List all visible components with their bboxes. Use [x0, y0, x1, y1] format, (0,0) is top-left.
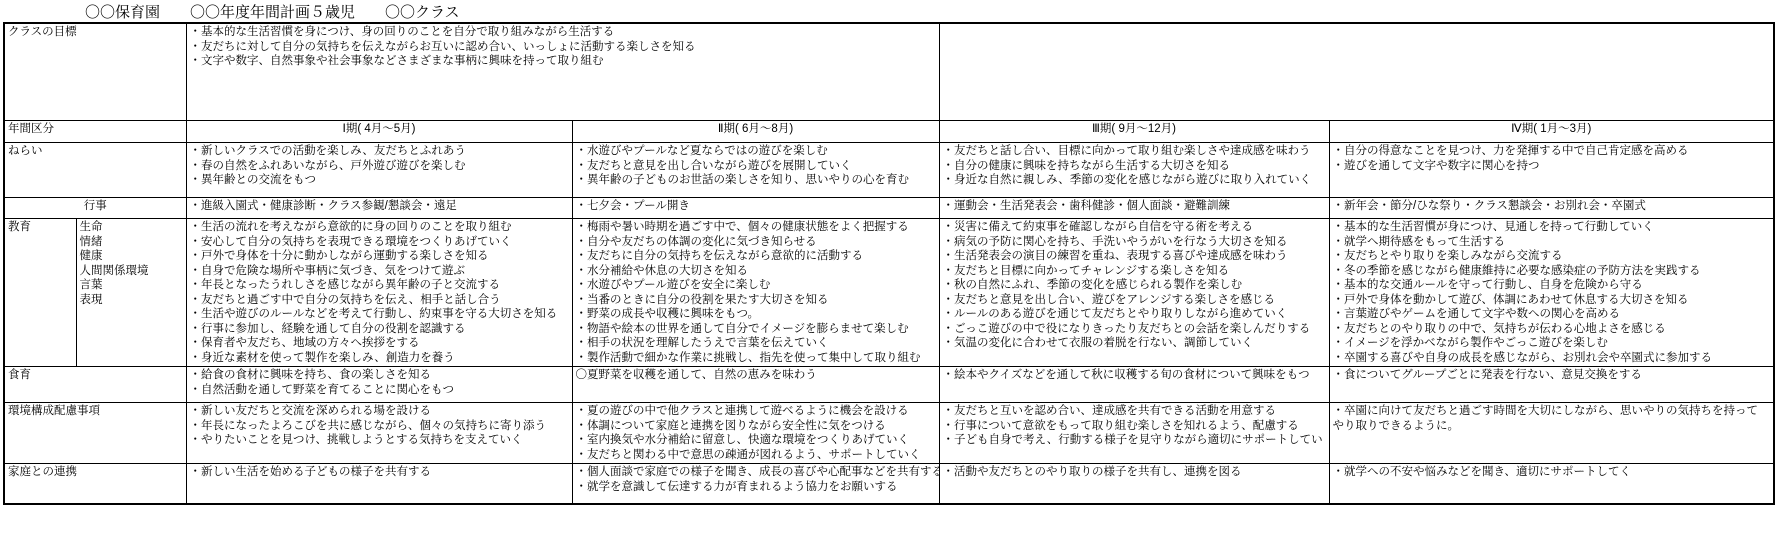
aims-period4-cell: ・自分の得意なことを見つけ、力を発揮する中で自己肯定感を高める ・遊びを通して文… [1329, 143, 1774, 198]
class-goals-empty-cell [939, 23, 1774, 121]
annual-plan-table: クラスの目標 ・基本的な生活習慣を身につけ、身の回りのことを自分で取り組みながら… [3, 22, 1775, 505]
page-title: 〇〇保育園 〇〇年度年間計画５歳児 〇〇クラス [85, 0, 1776, 22]
education-domains-list: 生命 情緒 健康 人間関係環境 言葉 表現 [76, 219, 186, 367]
events-period4-cell: ・新年会・節分/ひな祭り・クラス懇談会・お別れ会・卒園式 [1329, 198, 1774, 219]
food-education-row: 食育 ・給食の食材に興味を持ち、食の楽しさを知る ・自然活動を通して野菜を育てる… [4, 367, 1774, 403]
period4-header: Ⅳ期( 1月～3月) [1329, 121, 1774, 143]
aims-period1-cell: ・新しいクラスでの活動を楽しみ、友だちとふれあう ・春の自然をふれあいながら、戸… [186, 143, 572, 198]
family-label: 家庭との連携 [4, 464, 186, 505]
events-period1-cell: ・進級入園式・健康診断・クラス参観/懇談会・遠足 [186, 198, 572, 219]
environment-period4-cell: ・卒園に向けて友だちと過ごす時間を大切にしながら、思いやりの気持ちを持って やり… [1329, 403, 1774, 464]
food-education-period2-cell: 〇夏野菜を収穫を通して、自然の恵みを味わう [572, 367, 939, 403]
family-period1-cell: ・新しい生活を始める子どもの様子を共有する [186, 464, 572, 505]
education-period1-cell: ・生活の流れを考えながら意欲的に身の回りのことを取り組む ・安心して自分の気持ち… [186, 219, 572, 367]
aims-period2-cell: ・水遊びやプールなど夏ならではの遊びを楽しむ ・友だちと意見を出し合いながら遊び… [572, 143, 939, 198]
food-education-period3-cell: ・絵本やクイズなどを通して秋に収穫する旬の食材について興味をもつ [939, 367, 1329, 403]
food-education-label: 食育 [4, 367, 186, 403]
education-label: 教育 [4, 219, 76, 367]
events-period2-cell: ・七夕会・プール開き [572, 198, 939, 219]
environment-period3-cell: ・友だちと互いを認め合い、達成感を共有できる活動を用意する ・行事について意欲を… [939, 403, 1329, 464]
food-education-period1-cell: ・給食の食材に興味を持ち、食の楽しさを知る ・自然活動を通して野菜を育てることに… [186, 367, 572, 403]
period-header-row: 年間区分 Ⅰ期( 4月～5月) Ⅱ期( 6月～8月) Ⅲ期( 9月～12月) Ⅳ… [4, 121, 1774, 143]
class-goals-label: クラスの目標 [4, 23, 186, 121]
environment-row: 環境構成配慮事項 ・新しい友だちと交流を深められる場を設ける ・年長になったよろ… [4, 403, 1774, 464]
education-period3-cell: ・災害に備えて約束事を確認しながら自信を守る術を考える ・病気の予防に関心を持ち… [939, 219, 1329, 367]
events-period3-cell: ・運動会・生活発表会・歯科健診・個人面談・避難訓練 [939, 198, 1329, 219]
document-page: 〇〇保育園 〇〇年度年間計画５歳児 〇〇クラス クラスの目標 ・基本的な生活習慣… [0, 0, 1776, 551]
class-goals-content: ・基本的な生活習慣を身につけ、身の回りのことを自分で取り組みながら生活する ・友… [186, 23, 939, 121]
period1-header: Ⅰ期( 4月～5月) [186, 121, 572, 143]
family-period4-cell: ・就学への不安や悩みなどを聞き、適切にサポートしてく [1329, 464, 1774, 505]
environment-period2-cell: ・夏の遊びの中で他クラスと連携して遊べるように機会を設ける ・体調について家庭と… [572, 403, 939, 464]
period-section-label: 年間区分 [4, 121, 186, 143]
environment-label: 環境構成配慮事項 [4, 403, 186, 464]
environment-period1-cell: ・新しい友だちと交流を深められる場を設ける ・年長になったよろこびを共に感じなが… [186, 403, 572, 464]
education-row: 教育 生命 情緒 健康 人間関係環境 言葉 表現 ・生活の流れを考えながら意欲的… [4, 219, 1774, 367]
period3-header: Ⅲ期( 9月～12月) [939, 121, 1329, 143]
family-period3-cell: ・活動や友だちとのやり取りの様子を共有し、連携を図る [939, 464, 1329, 505]
aims-label: ねらい [4, 143, 186, 198]
events-label: 行事 [4, 198, 186, 219]
events-row: 行事 ・進級入園式・健康診断・クラス参観/懇談会・遠足 ・七夕会・プール開き ・… [4, 198, 1774, 219]
family-period2-cell: ・個人面談で家庭での様子を聞き、成長の喜びや心配事などを共有する ・就学を意識し… [572, 464, 939, 505]
food-education-period4-cell: ・食についてグループごとに発表を行ない、意見交換をする [1329, 367, 1774, 403]
education-period4-cell: ・基本的な生活習慣が身につけ、見通しを持って行動していく ・就学へ期待感をもって… [1329, 219, 1774, 367]
period2-header: Ⅱ期( 6月～8月) [572, 121, 939, 143]
family-row: 家庭との連携 ・新しい生活を始める子どもの様子を共有する ・個人面談で家庭での様… [4, 464, 1774, 505]
education-period2-cell: ・梅雨や暑い時期を過ごす中で、個々の健康状態をよく把握する ・自分や友だちの体調… [572, 219, 939, 367]
aims-period3-cell: ・友だちと話し合い、目標に向かって取り組む楽しさや達成感を味わう ・自分の健康に… [939, 143, 1329, 198]
class-goals-row: クラスの目標 ・基本的な生活習慣を身につけ、身の回りのことを自分で取り組みながら… [4, 23, 1774, 121]
aims-row: ねらい ・新しいクラスでの活動を楽しみ、友だちとふれあう ・春の自然をふれあいな… [4, 143, 1774, 198]
